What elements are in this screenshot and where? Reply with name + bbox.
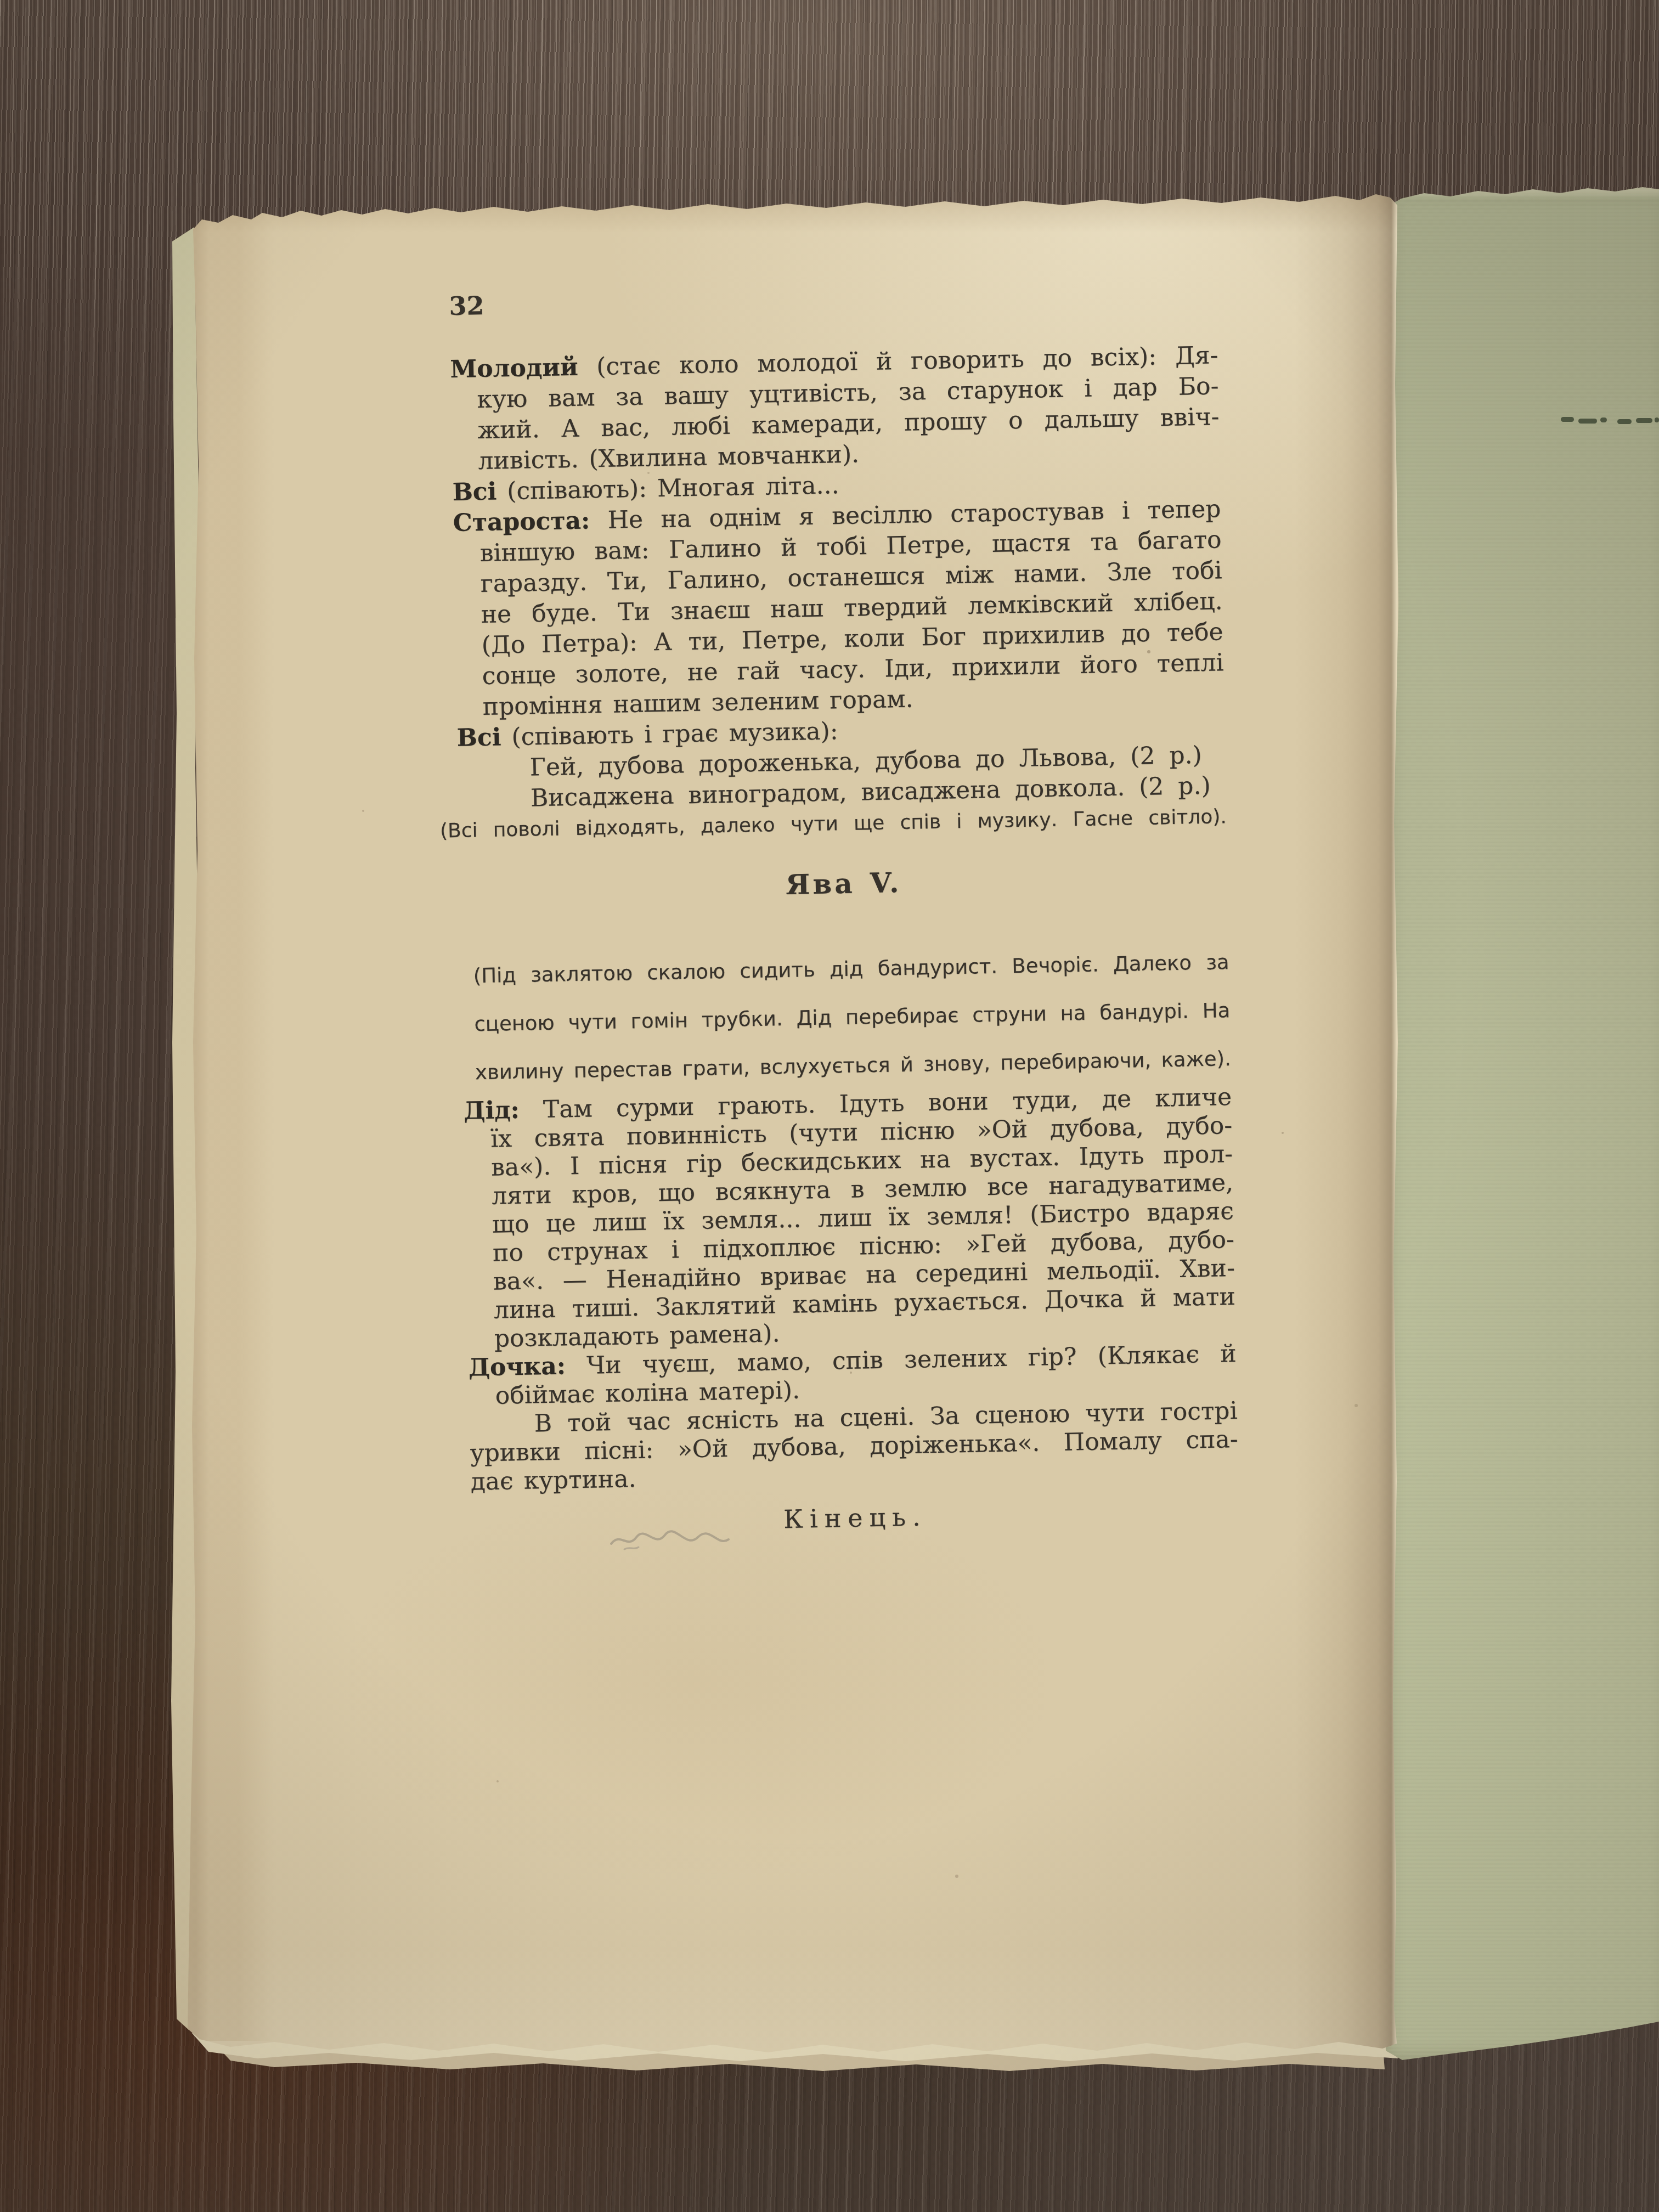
cover-print-fragment [1636,418,1652,423]
speaker-name: Всі [452,477,497,506]
cover-print-fragment [1600,417,1607,422]
line-text: сценою чути гомін трубки. Дід перебирає … [474,998,1231,1036]
speaker-name: Дід: [464,1096,520,1125]
line-text: Кінець. [783,1502,927,1534]
cover-print-fragment [1617,419,1632,424]
line-text: проміння нашим зеленим горам. [482,685,913,721]
line-text: (співають і грає музика): [501,717,838,751]
cover-print-fragment [1561,417,1574,422]
green-back-cover [1369,184,1659,2061]
line-text: Ява V. [786,866,902,901]
line-text: (співають): Многая літа... [496,471,839,505]
line-text: розкладають рамена). [494,1319,780,1353]
speaker-name: Дочка: [468,1352,566,1381]
speaker-name: Молодий [450,353,578,383]
cover-print-fragment [1578,419,1597,424]
speaker-name: Староста: [453,506,590,537]
printed-text-block: 32 Молодий (стає коло молодої й говорить… [449,280,1239,1539]
line-text: ливість. (Хвилина мовчанки). [478,440,859,475]
line-text: дає куртина. [470,1465,636,1496]
pencil-scribble [608,1521,794,1559]
cover-print-fragment [1655,417,1659,422]
line-text: (Під заклятою скалою сидить дід бандурис… [473,950,1229,988]
text-line: Ява V. [459,859,1228,909]
photo-of-book-page: 32 Молодий (стає коло молодої й говорить… [0,0,1659,2212]
line-text: хвилину перестав грати, вслухується й зн… [475,1047,1232,1084]
text-lines: Молодий (стає коло молодої й говорить до… [450,340,1239,1539]
line-text: обіймає коліна матері). [495,1376,800,1410]
speaker-name: Всі [456,723,501,752]
